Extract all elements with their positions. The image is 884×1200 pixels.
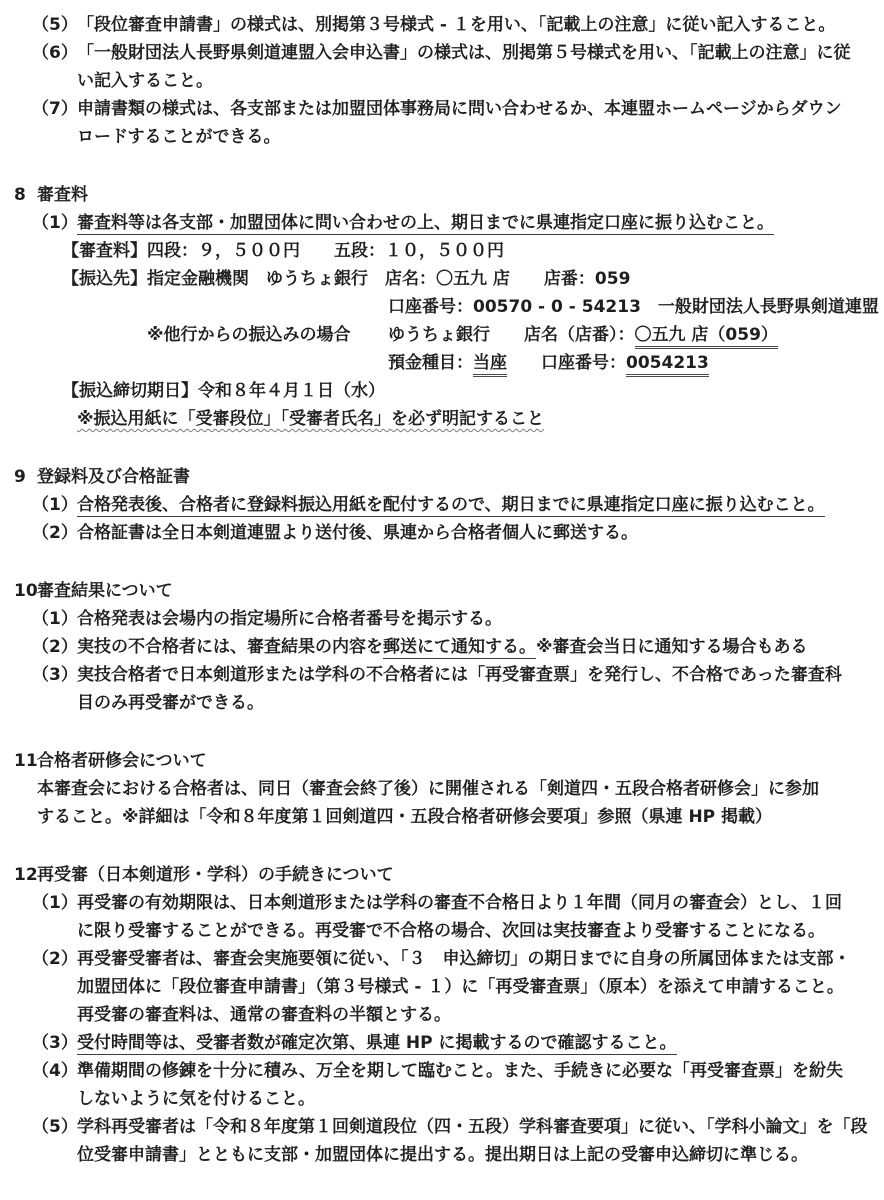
section-spacer — [0, 831, 884, 861]
continuation-line: い記入すること。 — [0, 67, 884, 95]
text-segment: 再受審の有効期限は、日本剣道形または学科の審査不合格日より１年間（同月の審査会）… — [77, 893, 842, 913]
list-item-line: （5）「段位審査申請書」の様式は、別掲第３号様式 - １を用い、「記載上の注意」… — [0, 11, 884, 39]
text-segment: 申請書類の様式は、各支部または加盟団体事務局に問い合わせるか、本連盟ホームページ… — [77, 99, 842, 119]
list-item-line: （1）合格発表後、合格者に登録料振込用紙を配付するので、期日までに県連指定口座に… — [0, 491, 884, 519]
item-number: （2） — [32, 633, 78, 661]
continuation-line: ロードすることができる。 — [0, 123, 884, 151]
bracket-label-line: 【振込先】指定金融機関 ゆうちょ銀行 店名：〇五九 店 店番：059 — [0, 265, 884, 293]
list-item-line: （7）申請書類の様式は、各支部または加盟団体事務局に問い合わせるか、本連盟ホーム… — [0, 95, 884, 123]
item-number: （4） — [32, 1057, 78, 1085]
section-spacer — [0, 717, 884, 747]
item-number: （3） — [32, 661, 78, 689]
text-segment: 加盟団体に「段位審査申請書」（第３号様式 - １）に「再受審査票」（原本）を添え… — [77, 977, 844, 997]
item-number: （1） — [32, 889, 78, 917]
continuation-line: しないように気を付けること。 — [0, 1085, 884, 1113]
bank-detail-line: ※他行からの振込みの場合ゆうちょ銀行 店名（店番）：〇五九 店（059） — [0, 321, 884, 349]
text-segment: 審査結果について — [37, 581, 173, 601]
item-number: （7） — [32, 95, 78, 123]
document-page: （5）「段位審査申請書」の様式は、別掲第３号様式 - １を用い、「記載上の注意」… — [0, 0, 884, 1200]
item-number: （1） — [32, 491, 78, 519]
text-segment: 実技合格者で日本剣道形または学科の不合格者には「再受審査票」を発行し、不合格であ… — [77, 665, 842, 685]
section-heading: 9登録料及び合格証書 — [0, 463, 884, 491]
text-segment: ※審査会当日に通知する場合もある — [536, 637, 808, 657]
text-segment: ゆうちょ銀行 店名（店番）： — [388, 325, 635, 345]
text-segment: 【審査料】四段：９，５００円 五段：１０，５００円 — [62, 241, 504, 261]
underlined-text: 審査料等は各支部・加盟団体に問い合わせの上、期日までに県連指定口座に振り込むこと… — [77, 213, 774, 235]
text-segment: しないように気を付けること。 — [77, 1089, 315, 1109]
section-number: 11 — [14, 747, 38, 775]
continuation-line: 位受審申請書」とともに支部・加盟団体に提出する。提出期日は上記の受審申込締切に準… — [0, 1141, 884, 1169]
section-spacer — [0, 433, 884, 463]
text-segment: 預金種目： — [388, 353, 473, 373]
text-segment: 位受審申請書」とともに支部・加盟団体に提出する。提出期日は上記の受審申込締切に準… — [77, 1145, 808, 1165]
text-segment: に限り受審することができる。再受審で不合格の場合、次回は実技審査より受審すること… — [77, 921, 825, 941]
section-number: 9 — [14, 463, 26, 491]
underlined-text: ※振込用紙に「受審段位」「受審者氏名」を必ず明記すること — [77, 409, 544, 429]
bank-detail-line: 口座番号：00570 - 0 - 54213 一般財団法人長野県剣道連盟 宛 — [0, 293, 884, 321]
continuation-line: 加盟団体に「段位審査申請書」（第３号様式 - １）に「再受審査票」（原本）を添え… — [0, 973, 884, 1001]
text-segment: 学科再受審者は「令和８年度第１回剣道段位（四・五段）学科審査要項」に従い、「学科… — [77, 1117, 868, 1137]
continuation-line: 再受審の審査料は、通常の審査料の半額とする。 — [0, 1001, 884, 1029]
section-heading: 8審査料 — [0, 181, 884, 209]
item-number: （5） — [32, 11, 78, 39]
underlined-text: 合格発表後、合格者に登録料振込用紙を配付するので、期日までに県連指定口座に振り込… — [77, 495, 825, 517]
section-spacer — [0, 151, 884, 181]
text-segment: 「段位審査申請書」の様式は、別掲第３号様式 - １を用い、「記載上の注意」に従い… — [77, 15, 835, 35]
text-segment: 実技の不合格者には、審査結果の内容を — [77, 637, 383, 657]
bracket-label-line: 【審査料】四段：９，５００円 五段：１０，５００円 — [0, 237, 884, 265]
list-item-line: （4）準備期間の修錬を十分に積み、万全を期して臨むこと。また、手続きに必要な「再… — [0, 1057, 884, 1085]
underlined-text: 当座 — [473, 353, 507, 377]
list-item-line: （5）学科再受審者は「令和８年度第１回剣道段位（四・五段）学科審査要項」に従い、… — [0, 1113, 884, 1141]
text-segment: 合格発表は会場内の指定場所に合格者番号を掲示する。 — [77, 609, 502, 629]
list-item-line: （2）合格証書は全日本剣道連盟より送付後、県連から合格者個人に郵送する。 — [0, 519, 884, 547]
section-heading: 12再受審（日本剣道形・学科）の手続きについて — [0, 861, 884, 889]
text-segment: 再受審（日本剣道形・学科）の手続きについて — [37, 865, 394, 885]
bank-note-label: ※他行からの振込みの場合 — [147, 321, 351, 349]
text-segment: 再受審受審者は、審査会実施要領に従い、「３ 申込締切」の期日までに自身の所属団体… — [77, 949, 851, 969]
text-segment: 再受審の審査料は、通常の審査料の半額とする。 — [77, 1005, 451, 1025]
item-number: （1） — [32, 605, 78, 633]
paragraph-line: 本審査会における合格者は、同日（審査会終了後）に開催される「剣道四・五段合格者研… — [0, 775, 884, 803]
list-item-line: （1）再受審の有効期限は、日本剣道形または学科の審査不合格日より１年間（同月の審… — [0, 889, 884, 917]
item-number: （5） — [32, 1113, 78, 1141]
item-number: （6） — [32, 39, 78, 67]
text-segment: 準備期間の修錬を十分に積み、万全を期して臨むこと。また、手続きに必要な「再受審査… — [77, 1061, 843, 1081]
item-number: （2） — [32, 519, 78, 547]
section-heading: 10審査結果について — [0, 577, 884, 605]
item-number: （2） — [32, 945, 78, 973]
text-segment: 口座番号：00570 - 0 - 54213 一般財団法人長野県剣道連盟 宛 — [388, 297, 884, 317]
bank-detail-line: 預金種目：当座 口座番号：0054213 — [0, 349, 884, 377]
text-segment: い記入すること。 — [77, 71, 213, 91]
underlined-text: 郵送にて通知する。 — [383, 637, 536, 659]
text-segment: 「一般財団法人長野県剣道連盟入会申込書」の様式は、別掲第５号様式を用い、「記載上… — [77, 43, 851, 63]
section-number: 12 — [14, 861, 38, 889]
continuation-line: に限り受審することができる。再受審で不合格の場合、次回は実技審査より受審すること… — [0, 917, 884, 945]
section-spacer — [0, 547, 884, 577]
section-number: 10 — [14, 577, 38, 605]
paragraph-line: すること。※詳細は「令和８年度第１回剣道四・五段合格者研修会要項」参照（県連 H… — [0, 803, 884, 831]
list-item-line: （1）合格発表は会場内の指定場所に合格者番号を掲示する。 — [0, 605, 884, 633]
text-segment: 【振込先】指定金融機関 ゆうちょ銀行 店名：〇五九 店 店番：059 — [62, 269, 630, 289]
item-number: （1） — [32, 209, 78, 237]
text-segment: 本審査会における合格者は、同日（審査会終了後）に開催される「剣道四・五段合格者研… — [37, 779, 819, 799]
list-item-line: （1）審査料等は各支部・加盟団体に問い合わせの上、期日までに県連指定口座に振り込… — [0, 209, 884, 237]
list-item-line: （3）実技合格者で日本剣道形または学科の不合格者には「再受審査票」を発行し、不合… — [0, 661, 884, 689]
text-segment: 【振込締切期日】令和８年４月１日（水） — [62, 381, 385, 401]
list-item-line: （6）「一般財団法人長野県剣道連盟入会申込書」の様式は、別掲第５号様式を用い、「… — [0, 39, 884, 67]
text-segment: すること。※詳細は「令和８年度第１回剣道四・五段合格者研修会要項」参照（県連 H… — [37, 807, 772, 827]
text-segment: 口座番号： — [507, 353, 626, 373]
text-segment: 合格証書は全日本剣道連盟より送付後、県連から合格者個人に郵送する。 — [77, 523, 638, 543]
text-segment: 審査料 — [37, 185, 88, 205]
text-segment: ロードすることができる。 — [77, 127, 281, 147]
section-number: 8 — [14, 181, 26, 209]
bracket-label-line: 【振込締切期日】令和８年４月１日（水） — [0, 377, 884, 405]
list-item-line: （3）受付時間等は、受審者数が確定次第、県連 HP に掲載するので確認すること。 — [0, 1029, 884, 1057]
section-heading: 11合格者研修会について — [0, 747, 884, 775]
underlined-text: 0054213 — [626, 353, 709, 377]
underlined-text: 受付時間等は、受審者数が確定次第、県連 HP に掲載するので確認すること。 — [77, 1033, 677, 1055]
item-number: （3） — [32, 1029, 78, 1057]
underlined-text: 〇五九 店（059） — [635, 325, 778, 349]
text-segment: 登録料及び合格証書 — [37, 467, 190, 487]
document-body: （5）「段位審査申請書」の様式は、別掲第３号様式 - １を用い、「記載上の注意」… — [0, 11, 884, 1169]
list-item-line: （2）実技の不合格者には、審査結果の内容を郵送にて通知する。※審査会当日に通知す… — [0, 633, 884, 661]
note-line: ※振込用紙に「受審段位」「受審者氏名」を必ず明記すること — [0, 405, 884, 433]
list-item-line: （2）再受審受審者は、審査会実施要領に従い、「３ 申込締切」の期日までに自身の所… — [0, 945, 884, 973]
text-segment: 目のみ再受審ができる。 — [77, 693, 264, 713]
text-segment: 合格者研修会について — [37, 751, 207, 771]
continuation-line: 目のみ再受審ができる。 — [0, 689, 884, 717]
